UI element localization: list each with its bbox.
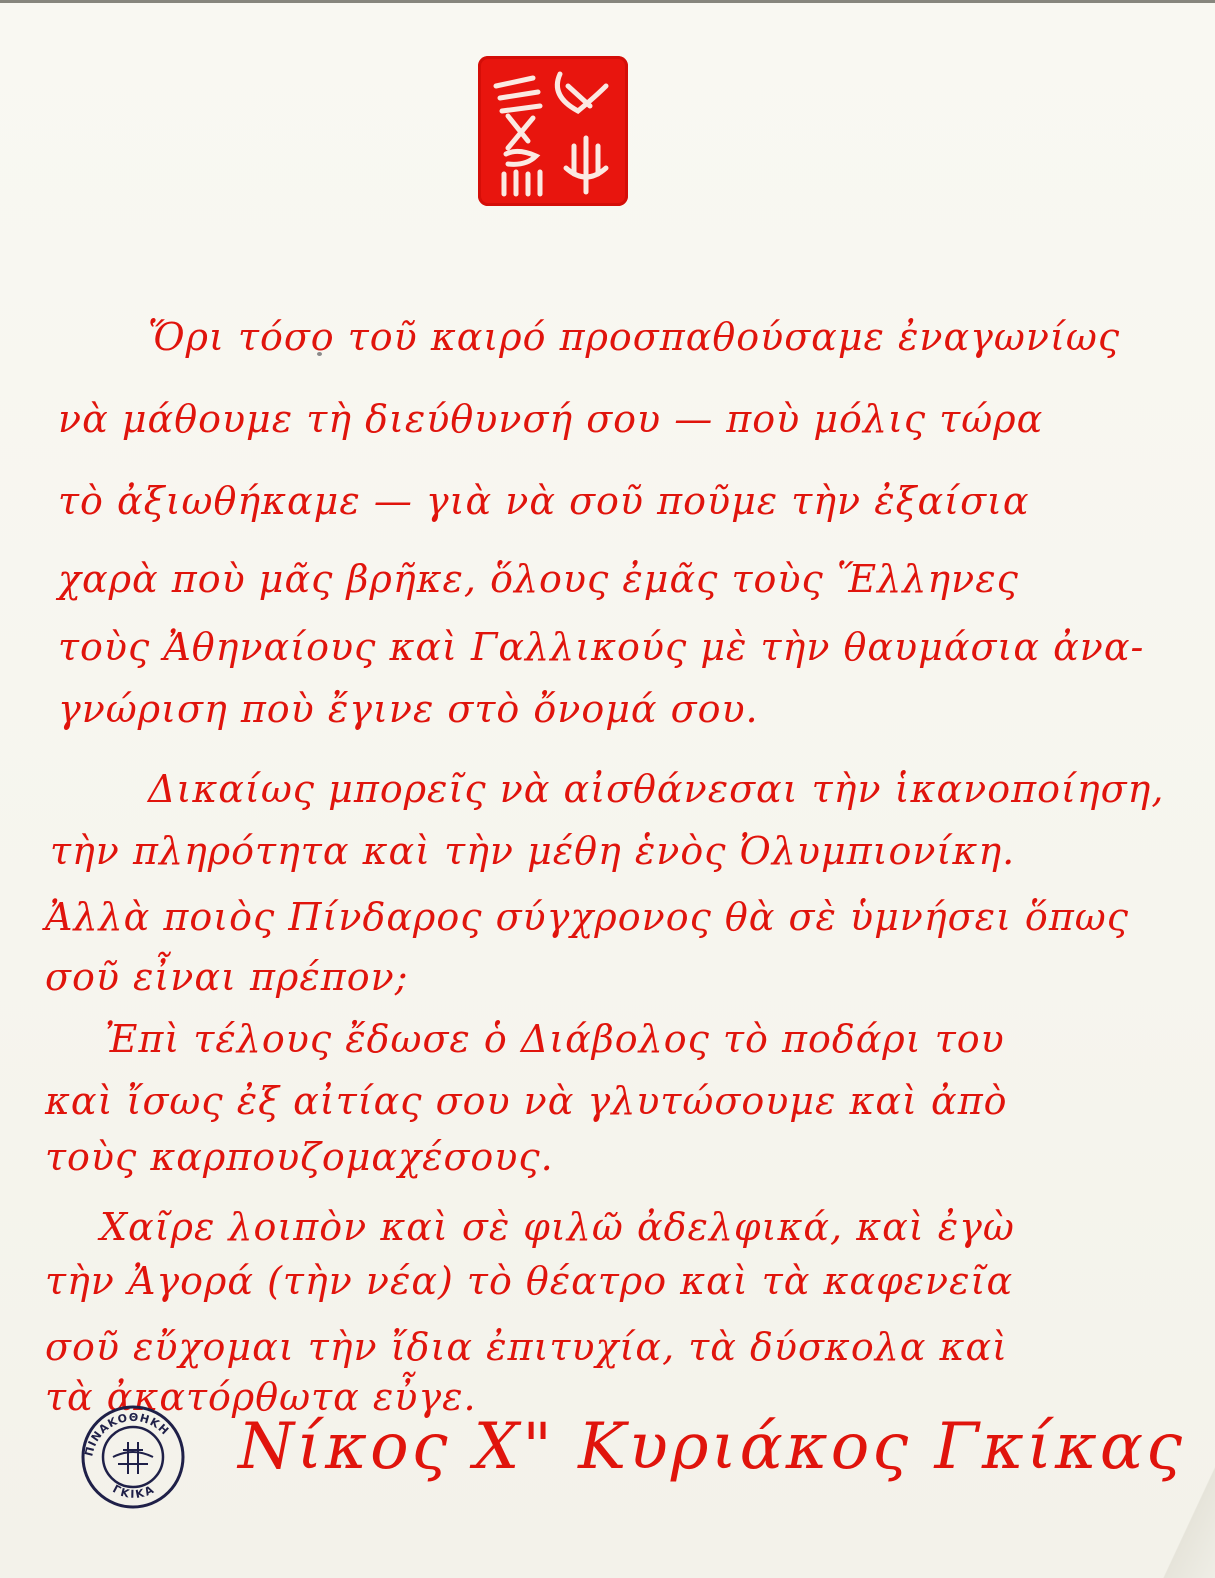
letter-line: τοὺς καρπουζομαχέσους. [45,1138,554,1176]
scan-edge [0,0,1215,3]
letter-line: χαρὰ ποὺ μᾶς βρῆκε, ὅλους ἐμᾶς τοὺς Ἕλλη… [58,560,1019,598]
letter-line: νὰ μάθουμε τὴ διεύθυνσή σου — ποὺ μόλις … [58,400,1043,438]
gallery-stamp-icon: ΠΙΝΑΚΟΘΗΚΗ ΓΚΙΚΑ [78,1402,188,1512]
letter-page: Ὅρι τόσο τοῦ καιρό προσπαθούσαμε ἐναγωνί… [0,0,1215,1578]
letter-line: Ὅρι τόσο τοῦ καιρό προσπαθούσαμε ἐναγωνί… [148,318,1120,356]
letter-line: τὴν Ἀγορά (τὴν νέα) τὸ θέατρο καὶ τὰ καφ… [45,1262,1013,1300]
letter-line: Ἀλλὰ ποιὸς Πίνδαρος σύγχρονος θὰ σὲ ὑμνή… [45,898,1129,936]
svg-text:ΓΚΙΚΑ: ΓΚΙΚΑ [110,1482,157,1501]
red-seal-icon [478,56,628,206]
letter-line: τὸ ἀξιωθήκαμε — γιὰ νὰ σοῦ ποῦμε τὴν ἐξα… [58,482,1030,520]
letter-line: τοὺς Ἀθηναίους καὶ Γαλλικούς μὲ τὴν θαυμ… [58,628,1144,666]
letter-line: Χαῖρε λοιπὸν καὶ σὲ φιλῶ ἀδελφικά, καὶ ἐ… [100,1208,1015,1246]
paper-speck [317,352,322,356]
letter-line: γνώριση ποὺ ἔγινε στὸ ὄνομά σου. [58,690,759,728]
signature: Νίκος Χ" Κυριάκος Γκίκας [238,1410,1185,1484]
letter-line: Ἐπὶ τέλους ἔδωσε ὁ Διάβολος τὸ ποδάρι το… [105,1020,1005,1058]
letter-line: Δικαίως μπορεῖς νὰ αἰσθάνεσαι τὴν ἱκανοπ… [148,770,1164,808]
letter-line: τὴν πληρότητα καὶ τὴν μέθη ἑνὸς Ὀλυμπιον… [50,832,1015,870]
letter-line: σοῦ εἶναι πρέπον; [45,958,409,996]
letter-line: καὶ ἴσως ἐξ αἰτίας σου νὰ γλυτώσουμε καὶ… [45,1082,1008,1120]
stamp-bottom-text: ΓΚΙΚΑ [110,1482,157,1501]
letter-line: σοῦ εὔχομαι τὴν ἴδια ἐπιτυχία, τὰ δύσκολ… [45,1328,1008,1366]
